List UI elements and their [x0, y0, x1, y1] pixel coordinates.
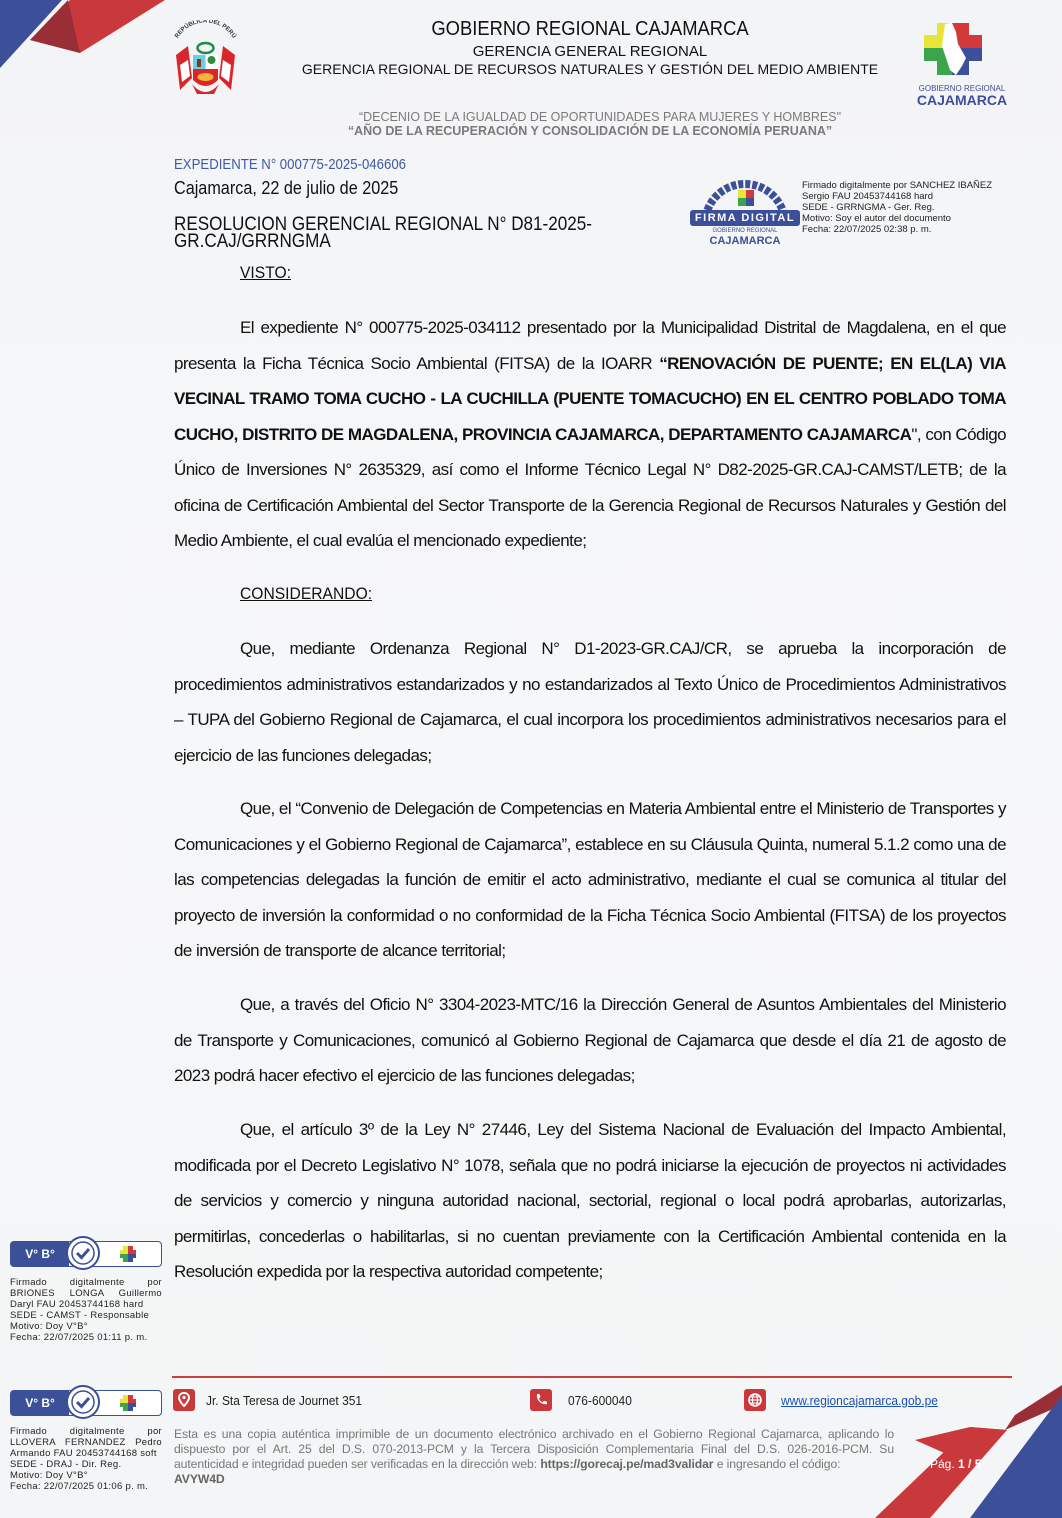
globe-icon: [744, 1389, 766, 1411]
firma-digital-caption-top: GOBIERNO REGIONAL: [690, 228, 800, 234]
page-separator: /: [965, 1457, 975, 1471]
footer-website-link[interactable]: www.regioncajamarca.gob.pe: [781, 1393, 938, 1408]
location-pin-icon: [173, 1389, 195, 1411]
phone-icon: [530, 1389, 552, 1411]
firma-digital-badge: FIRMA DIGITAL GOBIERNO REGIONAL CAJAMARC…: [690, 176, 800, 251]
signature-line: Sergio FAU 20453744168 hard: [802, 191, 992, 202]
verify-url[interactable]: https://gorecaj.pe/mad3validar: [540, 1457, 713, 1471]
year-motto: “AÑO DE LA RECUPERACIÓN Y CONSOLIDACIÓN …: [290, 124, 890, 138]
checkmark-icon: [66, 1236, 100, 1270]
considerando-text: Que, el artículo 3º de la Ley N° 27446, …: [174, 1120, 1006, 1281]
page-number: Pág. 1 / 5: [930, 1457, 981, 1471]
considerando-paragraph: Que, a través del Oficio N° 3304-2023-MT…: [174, 987, 1006, 1094]
firma-digital-label: FIRMA DIGITAL: [690, 210, 800, 226]
approval-fecha: Fecha: 22/07/2025 01:06 p. m.: [10, 1481, 162, 1492]
considerando-text: Que, a través del Oficio N° 3304-2023-MT…: [174, 995, 1006, 1085]
cajamarca-mini-logo-icon: [119, 1245, 137, 1263]
footer-address: Jr. Sta Teresa de Journet 351: [206, 1393, 362, 1408]
footer-divider: [172, 1376, 1012, 1378]
verification-code: AVYW4D: [174, 1472, 225, 1486]
gobierno-regional-cajamarca-logo: GOBIERNO REGIONAL CAJAMARCA: [912, 20, 1012, 110]
coat-of-arms-caption: REPÚBLICA DEL PERÚ: [174, 20, 237, 40]
approval-signer: Firmado digitalmente por BRIONES LONGA G…: [10, 1277, 162, 1310]
peru-coat-of-arms-icon: REPÚBLICA DEL PERÚ: [168, 20, 243, 105]
approval-motivo: Motivo: Doy V°B°: [10, 1470, 162, 1481]
approval-signer: Firmado digitalmente por LLOVERA FERNAND…: [10, 1426, 162, 1459]
considerando-text: Que, mediante Ordenanza Regional N° D1-2…: [174, 639, 1006, 765]
approval-stamp: V° B°: [10, 1390, 162, 1416]
decade-motto: “DECENIO DE LA IGUALDAD DE OPORTUNIDADES…: [300, 110, 900, 124]
checkmark-icon: [66, 1385, 100, 1419]
signature-line: Firmado digitalmente por SANCHEZ IBAÑEZ: [802, 180, 992, 191]
svg-text:REPÚBLICA DEL PERÚ: REPÚBLICA DEL PERÚ: [174, 20, 237, 40]
approval-fecha: Fecha: 22/07/2025 01:11 p. m.: [10, 1332, 162, 1343]
gerencia-regional-title: GERENCIA REGIONAL DE RECURSOS NATURALES …: [300, 61, 880, 78]
approval-motivo: Motivo: Doy V°B°: [10, 1321, 162, 1332]
expediente-number: EXPEDIENTE N° 000775-2025-046606: [174, 156, 406, 173]
visto-paragraph: El expediente N° 000775-2025-034112 pres…: [174, 310, 1006, 559]
approval-sede: SEDE - DRAJ - Dir. Reg.: [10, 1459, 162, 1470]
resolution-title: RESOLUCION GERENCIAL REGIONAL N° D81-202…: [174, 216, 642, 250]
logo-caption-bottom: CAJAMARCA: [912, 92, 1012, 108]
footer-phone: 076-600040: [568, 1393, 632, 1408]
approval-signature-details: Firmado digitalmente por BRIONES LONGA G…: [10, 1277, 162, 1343]
cajamarca-cross-icon: [912, 20, 1012, 85]
considerando-heading: CONSIDERANDO:: [240, 584, 372, 604]
visto-heading: VISTO:: [240, 263, 291, 283]
disclaimer-text: e ingresando el código:: [713, 1457, 840, 1471]
approval-label: V° B°: [11, 1242, 69, 1266]
page-current: 1: [958, 1457, 965, 1471]
firma-digital-caption-bottom: CAJAMARCA: [690, 235, 800, 247]
signature-line: SEDE - GRRNGMA - Ger. Reg.: [802, 202, 992, 213]
approval-stamp: V° B°: [10, 1241, 162, 1267]
approval-signature-details: Firmado digitalmente por LLOVERA FERNAND…: [10, 1426, 162, 1492]
organization-title: GOBIERNO REGIONAL CAJAMARCA: [351, 18, 829, 41]
signature-line: Fecha: 22/07/2025 02:38 p. m.: [802, 224, 992, 235]
peru-coat-of-arms-logo: REPÚBLICA DEL PERÚ: [168, 20, 243, 105]
place-date: Cajamarca, 22 de julio de 2025: [174, 178, 398, 199]
signature-line: Motivo: Soy el autor del documento: [802, 213, 992, 224]
digital-signature-details: Firmado digitalmente por SANCHEZ IBAÑEZ …: [802, 180, 992, 235]
considerando-paragraph: Que, mediante Ordenanza Regional N° D1-2…: [174, 631, 1006, 773]
approval-sede: SEDE - CAMST - Responsable: [10, 1310, 162, 1321]
top-left-ribbon-decoration: [0, 0, 180, 75]
cajamarca-mini-logo-icon: [119, 1394, 137, 1412]
considerando-paragraph: Que, el “Convenio de Delegación de Compe…: [174, 791, 1006, 969]
considerando-paragraph: Que, el artículo 3º de la Ley N° 27446, …: [174, 1112, 1006, 1290]
page-prefix: Pág.: [930, 1457, 958, 1471]
approval-label: V° B°: [11, 1391, 69, 1415]
considerando-text: Que, el “Convenio de Delegación de Compe…: [174, 799, 1006, 960]
gerencia-general-title: GERENCIA GENERAL REGIONAL: [330, 43, 850, 60]
page-total: 5: [975, 1457, 982, 1471]
authenticity-disclaimer: Esta es una copia auténtica imprimible d…: [174, 1427, 894, 1487]
